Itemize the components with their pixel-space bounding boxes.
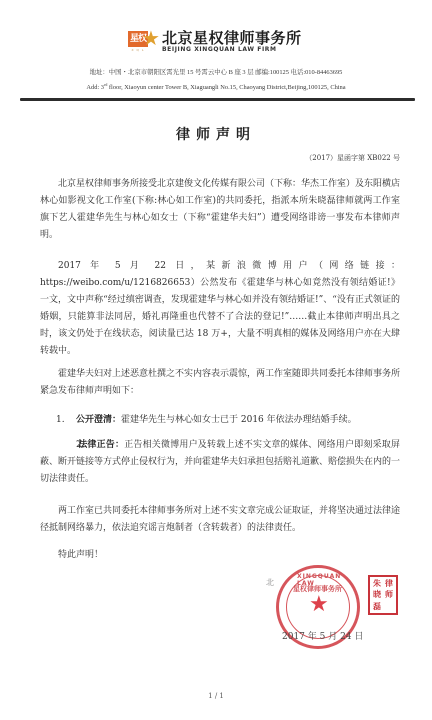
address-en: Add: 3rd floor, Xiaoyun center Tower B, … <box>0 80 432 92</box>
document-title: 律师声明 <box>0 124 432 144</box>
paragraph-incident: 2017 年 5 月 22 日，某新浪微博用户（网络链接：https://wei… <box>40 258 400 360</box>
lawyer-seal-stamp: 朱 律 晓 师 磊 <box>368 575 398 615</box>
seal-char: 师 <box>383 589 395 600</box>
paragraph-response: 霍建华夫妇对上述恶意杜撰之不实内容表示震惊，两工作室随即共同委托本律师事务所紧急… <box>40 366 400 400</box>
list-item-clarification: 1.公开澄清：霍建华先生与林心如女士已于 2016 年依法办理结婚手续。 <box>56 412 400 429</box>
paragraph-closing: 特此声明！ <box>40 547 400 564</box>
list-item-legal-warning: 2.法律正告：正告相关微博用户及转载上述不实文章的媒体、网络用户即刻采取屏蔽、断… <box>40 437 400 488</box>
signer-prefix: 北 <box>266 577 274 588</box>
seal-star-icon: ★ <box>309 594 329 616</box>
item-heading: 公开澄清： <box>76 415 121 425</box>
item-number: 1. <box>56 412 76 429</box>
document-number: （2017）星函字第 XB022 号 <box>305 153 400 163</box>
seal-char: 磊 <box>371 601 383 612</box>
logo-mark: 星权 X Q L ★ <box>128 31 156 53</box>
item-heading: 法律正告： <box>78 440 124 450</box>
firm-name: 北京星权律师事务所 BEIJING XINGQUAN LAW FIRM <box>162 30 302 54</box>
firm-name-cn: 北京星权律师事务所 <box>162 30 302 46</box>
seal-char: 晓 <box>371 589 383 600</box>
address-cn: 地址：中国・北京市朝阳区霄光里 15 号霄云中心 B 座 3 层 邮编:1001… <box>0 68 432 77</box>
address-en-post: floor, Xiaoyun center Tower B, Xiaguangl… <box>107 84 345 91</box>
address-en-pre: Add: 3 <box>86 84 104 91</box>
paragraph-action: 两工作室已共同委托本律师事务所对上述不实文章完成公证取证，并将坚决通过法律途径抵… <box>40 503 400 537</box>
firm-logo: 星权 X Q L ★ 北京星权律师事务所 BEIJING XINGQUAN LA… <box>128 30 302 54</box>
seal-char: 朱 <box>371 578 383 589</box>
signature-date: 2017 年 5 月 24 日 <box>282 629 363 642</box>
page-number: 1 / 1 <box>0 692 432 700</box>
paragraph-intro: 北京星权律师事务所接受北京建俊文化传媒有限公司（下称：华杰工作室）及东阳横店林心… <box>40 176 400 244</box>
firm-name-en: BEIJING XINGQUAN LAW FIRM <box>162 46 302 54</box>
signature-block: 北 XINGQUAN LAW 星权律师事务所 ★ 2017 年 5 月 24 日… <box>268 563 398 663</box>
seal-char <box>383 601 395 612</box>
star-icon: ★ <box>142 28 160 48</box>
seal-char: 律 <box>383 578 395 589</box>
item-text: 霍建华先生与林心如女士已于 2016 年依法办理结婚手续。 <box>121 415 357 425</box>
item-number: 2. <box>58 437 78 454</box>
letterhead: 星权 X Q L ★ 北京星权律师事务所 BEIJING XINGQUAN LA… <box>0 0 432 100</box>
header-divider <box>20 98 415 101</box>
